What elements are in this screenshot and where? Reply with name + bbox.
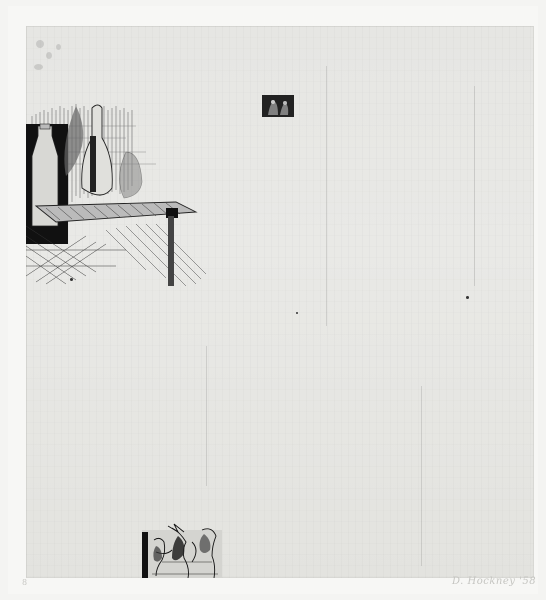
figures-etching <box>142 522 224 578</box>
paper-sheet <box>8 6 538 594</box>
plate-stain <box>36 40 44 48</box>
ink-dot <box>296 312 298 314</box>
still-life-etching <box>26 86 211 291</box>
edition-mark: 8 <box>22 578 27 587</box>
plate-stain <box>34 64 43 70</box>
plate-scratch <box>421 386 422 566</box>
artist-signature: D. Hockney '58 <box>452 576 536 587</box>
plate-scratch <box>206 346 207 486</box>
plate-stain <box>56 44 61 50</box>
plate-scratch <box>474 86 475 286</box>
plate-mark <box>26 26 534 578</box>
ink-dot <box>466 296 469 299</box>
plate-scratch <box>326 66 327 326</box>
tiny-scene-etching <box>262 95 294 119</box>
plate-stain <box>46 52 52 59</box>
